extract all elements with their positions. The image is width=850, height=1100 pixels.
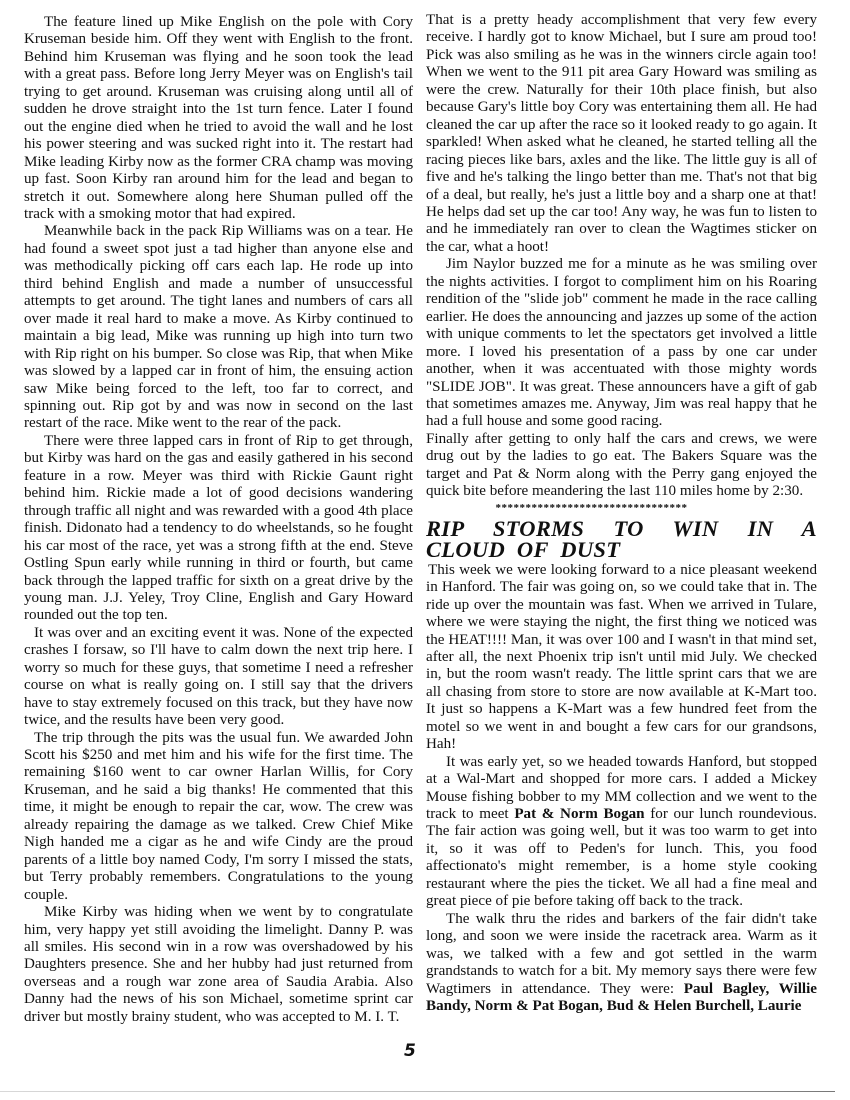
- paragraph-mike-kirby: Mike Kirby was hiding when we went by to…: [24, 904, 413, 1026]
- page-number: 5: [404, 1041, 416, 1061]
- paragraph-hanford-weekend: This week we were looking forward to a n…: [426, 562, 817, 754]
- paragraph-fair-walk: The walk thru the rides and barkers of t…: [426, 911, 817, 1016]
- paragraph-wal-mart: It was early yet, so we headed towards H…: [426, 754, 817, 911]
- paragraph-rip-williams: Meanwhile back in the pack Rip Williams …: [24, 223, 413, 432]
- left-column: The feature lined up Mike English on the…: [24, 14, 413, 1026]
- paragraph-jim-naylor: Jim Naylor buzzed me for a minute as he …: [426, 256, 817, 431]
- paragraph-feature-race: The feature lined up Mike English on the…: [24, 14, 413, 223]
- article-headline: RIP STORMS TO WIN IN A CLOUD OF DUST: [426, 518, 817, 560]
- right-column: That is a pretty heady accomplishment th…: [426, 12, 817, 1015]
- bold-names: Pat & Norm Bogan: [514, 806, 644, 822]
- section-separator: ********************************: [426, 501, 817, 515]
- newsletter-page: The feature lined up Mike English on the…: [0, 0, 850, 1100]
- paragraph-exciting-event: It was over and an exciting event it was…: [24, 625, 413, 730]
- paragraph-bakers-square: Finally after getting to only half the c…: [426, 431, 817, 501]
- paragraph-heady-accomplishment: That is a pretty heady accomplishment th…: [426, 12, 817, 256]
- paragraph-pits-trip: The trip through the pits was the usual …: [24, 730, 413, 905]
- footer-rule: [0, 1091, 835, 1092]
- paragraph-lapped-cars: There were three lapped cars in front of…: [24, 433, 413, 625]
